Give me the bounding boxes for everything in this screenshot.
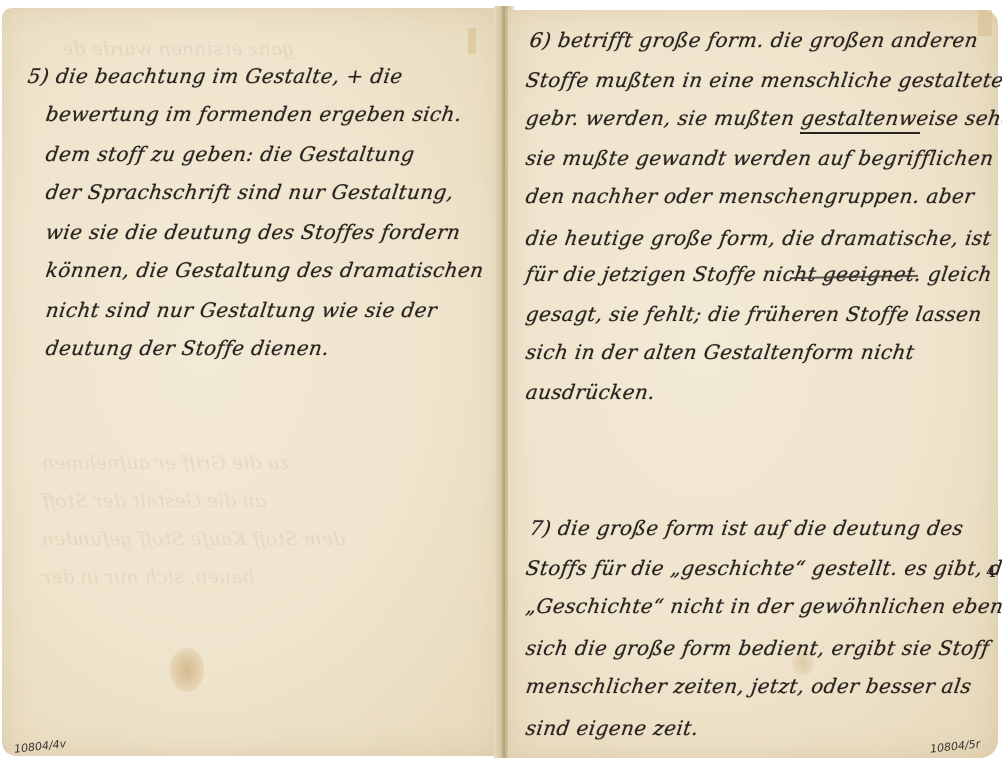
right-line-9: sich in der alten Gestaltenform nicht [524,340,916,364]
left-line-7: nicht sind nur Gestaltung wie sie der [44,298,438,322]
left-line-4: der Sprachschrift sind nur Gestaltung, [44,180,455,204]
right-line-8: gesagt, sie fehlt; die früheren Stoffe l… [524,302,983,326]
left-line-8: deutung der Stoffe dienen. [44,336,331,360]
bleed-through-text: zu die Griff er aufnehmen [42,444,290,482]
right-line-4: sie mußte gewandt werden auf begrifflich… [524,146,995,170]
left-line-3: dem stoff zu geben: die Gestaltung [44,142,416,166]
right-p2-line-3: „Geschichte“ nicht in der gewöhnlichen e… [524,594,1002,618]
right-line-6: die heutige große form, die dramatische,… [524,226,993,250]
left-line-1: 5) die beachtung im Gestalte, + die [26,64,404,88]
right-line-10: ausdrücken. [524,380,656,404]
manuscript-spread: ganz ersinnen wurde de zu die Griff er a… [0,0,1002,762]
right-line-5: den nachher oder menschengruppen. aber [524,184,976,208]
paper-tab-mark [468,28,476,54]
bleed-through-text: ganz ersinnen wurde de [62,30,294,68]
margin-mark: 4 [986,562,996,581]
left-line-6: können, die Gestaltung des dramatischen [44,258,485,282]
underline-mark [800,132,920,134]
left-line-2: bewertung im formenden ergeben sich. [44,102,463,126]
right-p2-line-5: menschlicher zeiten, jetzt, oder besser … [524,674,973,698]
gutter-fold [503,6,505,758]
right-line-3: gebr. werden, sie mußten gestaltenweise … [524,106,1002,130]
paper-stain [170,648,204,692]
left-line-5: wie sie die deutung des Stoffes fordern [44,220,462,244]
paper-tab-mark [978,10,992,36]
right-line-1: 6) betrifft große form. die großen ander… [528,28,979,52]
right-line-2: Stoffe mußten in eine menschliche gestal… [524,68,1002,92]
right-p2-line-6: sind eigene zeit. [524,716,700,740]
bleed-through-text: an die Gestalt der Stoff [42,482,266,520]
right-p2-line-1: 7) die große form ist auf die deutung de… [528,516,965,540]
right-p2-line-2: Stoffs für die „geschichte“ gestellt. es… [524,556,1002,580]
bleed-through-text: dem Stoff Kaufe Stoff gefunden [42,520,345,558]
bleed-through-text: bauen, sich nur in der [42,558,254,596]
right-line-7: für die jetzigen Stoffe nicht geeignet. … [524,262,993,286]
right-p2-line-4: sich die große form bedient, ergibt sie … [524,636,991,660]
